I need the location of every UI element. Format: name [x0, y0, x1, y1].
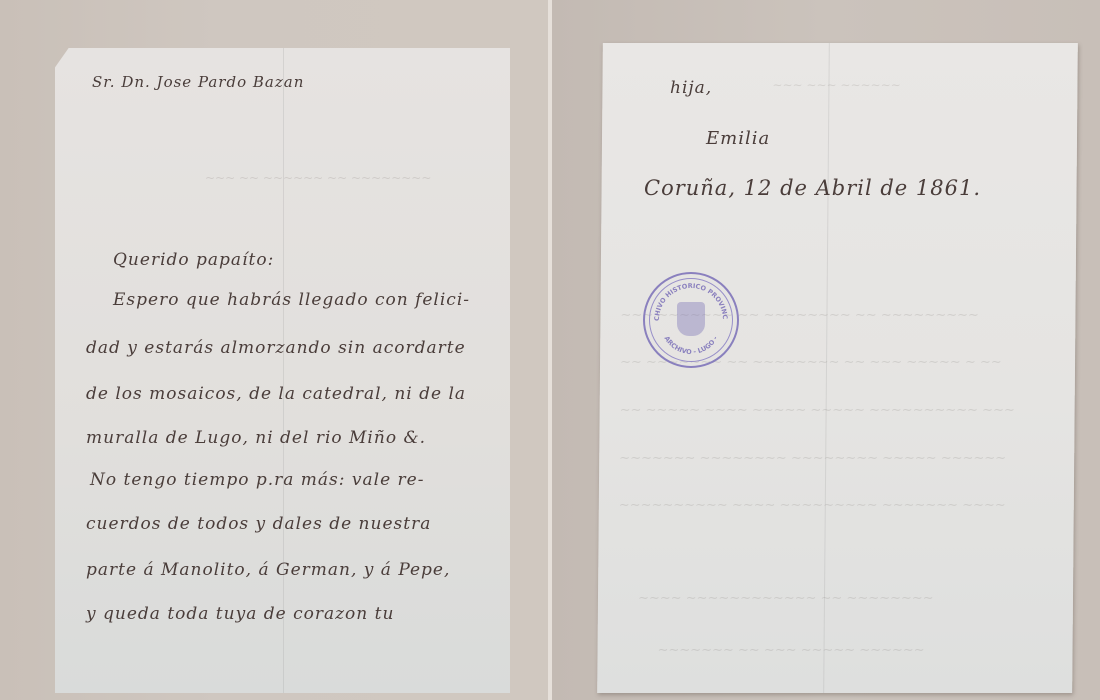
letter-page-left: ~~~ ~~ ~~~~~~ ~~ ~~~~~~~~ [55, 48, 510, 693]
bleed-through-text: ~~~ ~~ ~~~~~~ ~~ ~~~~~~~~ [205, 171, 431, 185]
svg-text:ARCHIVO HISTORICO PROVINCIAL: ARCHIVO HISTORICO PROVINCIAL [645, 274, 729, 321]
place-and-date: Coruña, 12 de Abril de 1861. [644, 176, 981, 200]
body-line-5: No tengo tiempo p.ra más: vale re- [90, 470, 424, 490]
bleed-through-text: ~~~~~~~ ~~ ~~~ ~~~~~ ~~~~~~ [657, 643, 924, 658]
closing-word: hija, [670, 78, 712, 98]
body-line-7: parte á Manolito, á German, y á Pepe, [86, 560, 450, 580]
body-line-4: muralla de Lugo, ni del rio Miño &. [86, 428, 426, 448]
bleed-through-text: ~~~ ~~~ ~~~~~~ [772, 78, 900, 92]
greeting: Querido papaíto: [113, 250, 274, 270]
stamp-text-ring: ARCHIVO HISTORICO PROVINCIAL ARCHIVO - L… [645, 274, 737, 366]
photo-divider [548, 0, 552, 700]
paper-fold [283, 48, 284, 693]
bleed-through-text: ~~~~~~~ ~~~~~~~~ ~~~~~~~~ ~~~~~ ~~~~~~ [619, 451, 1006, 466]
body-line-1: Espero que habrás llegado con felici- [113, 290, 470, 310]
letter-page-right: ~~~ ~~~ ~~~~~~ ~~~ ~~~~~~~ ~~ ~~~~~~~~ ~… [597, 43, 1078, 693]
body-line-8: y queda toda tuya de corazon tu [86, 604, 394, 624]
body-line-3: de los mosaicos, de la catedral, ni de l… [86, 384, 466, 404]
signature: Emilia [706, 128, 770, 149]
coat-of-arms-icon [677, 302, 705, 336]
body-line-2: dad y estarás almorzando sin acordarte [86, 338, 466, 358]
archive-stamp: ARCHIVO HISTORICO PROVINCIAL ARCHIVO - L… [643, 272, 739, 368]
svg-text:ARCHIVO - LUGO -: ARCHIVO - LUGO - [663, 335, 720, 357]
bleed-through-text: ~~~~ ~~~~~~~~~~~~ ~~ ~~~~~~~~ [638, 591, 934, 606]
body-line-6: cuerdos de todos y dales de nuestra [86, 514, 431, 534]
bleed-through-text: ~~ ~~~~~ ~~~~ ~~~~~ ~~~~~ ~~~~~~~~~~ ~~~ [620, 403, 1015, 418]
recipient-header: Sr. Dn. Jose Pardo Bazan [92, 73, 304, 91]
bleed-through-text: ~~~~~~~~~~ ~~~~ ~~~~~~~~~ ~~~~~~~ ~~~~ [619, 498, 1006, 513]
